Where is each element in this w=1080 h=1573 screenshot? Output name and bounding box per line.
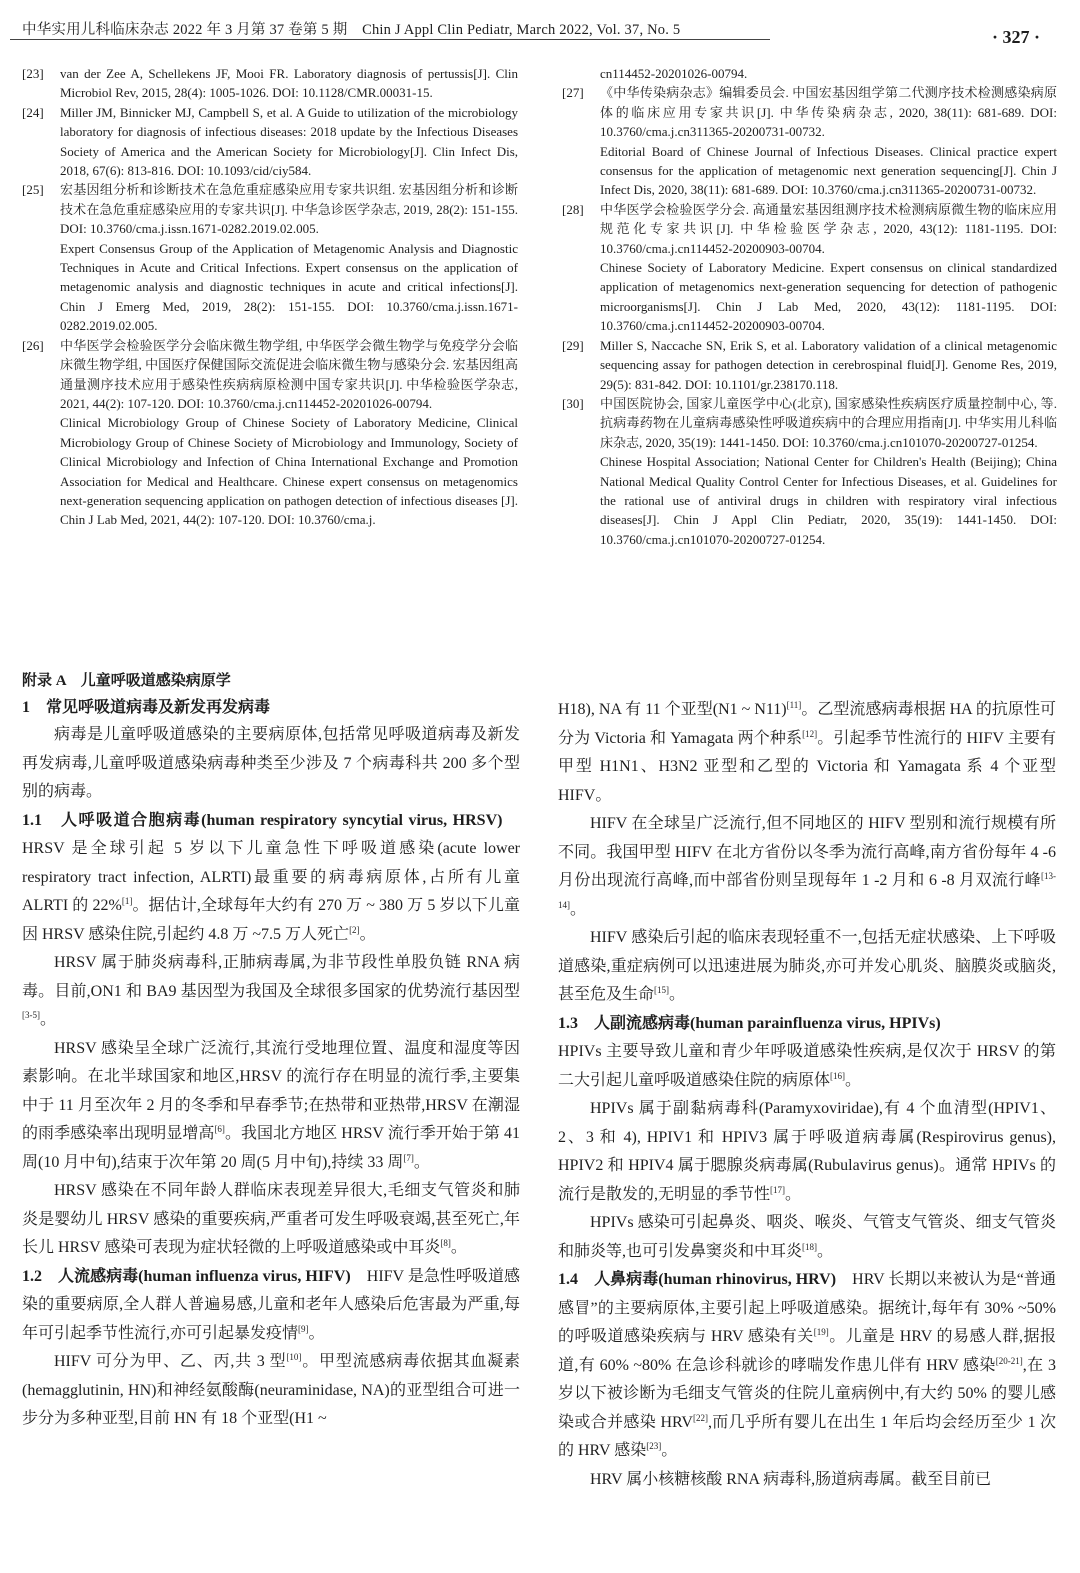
hpiv-classification-paragraph: HPIVs 属于副黏病毒科(Paramyxoviridae),有 4 个血清型(… xyxy=(558,1095,1056,1209)
reference-number: [29] xyxy=(562,336,600,394)
body-left-column: 附录 A 儿童呼吸道感染病原学 1 常见呼吸道病毒及新发再发病毒 病毒是儿童呼吸… xyxy=(22,668,520,1434)
reference-number: [26] xyxy=(22,336,60,530)
hpiv-clinical-paragraph: HPIVs 感染可引起鼻炎、咽炎、喉炎、气管支气管炎、细支气管炎和肺炎等,也可引… xyxy=(558,1209,1056,1266)
hrv-classification-paragraph: HRV 属小核糖核酸 RNA 病毒科,肠道病毒属。截至目前已 xyxy=(558,1466,1056,1495)
hrsv-clinical-paragraph: HRSV 感染在不同年龄人群临床表现差异很大,毛细支气管炎和肺炎是婴幼儿 HRS… xyxy=(22,1177,520,1263)
body-text: HRV 属小核糖核酸 RNA 病毒科,肠道病毒属。截至目前已 xyxy=(590,1471,991,1488)
hifv-subtypes-continuation: H18), NA 有 11 个亚型(N1 ~ N11)[11]。乙型流感病毒根据… xyxy=(558,696,1056,810)
citation: [23] xyxy=(646,1441,661,1451)
reference-text-chinese: 中华医学会检验医学分会. 高通量宏基因组测序技术检测病原微生物的临床应用规范化专… xyxy=(600,200,1057,258)
section-1-1-heading: 1.1 人呼吸道合胞病毒(human respiratory syncytial… xyxy=(22,812,502,829)
journal-running-title: 中华实用儿科临床杂志 2022 年 3 月第 37 卷第 5 期 Chin J … xyxy=(22,18,680,39)
body-right-column: H18), NA 有 11 个亚型(N1 ~ N11)[11]。乙型流感病毒根据… xyxy=(558,696,1056,1494)
reference-26-continuation: cn114452-20201026-00794. xyxy=(600,64,1057,83)
section-1-2-paragraph: 1.2 人流感病毒(human influenza virus, HIFV) H… xyxy=(22,1263,520,1349)
reference-text-english: Clinical Microbiology Group of Chinese S… xyxy=(60,413,518,529)
hrsv-epidemiology-paragraph: HRSV 感染呈全球广泛流行,其流行受地理位置、温度和湿度等因素影响。在北半球国… xyxy=(22,1035,520,1178)
body-text: HPIVs 属于副黏病毒科(Paramyxoviridae),有 4 个血清型(… xyxy=(558,1100,1056,1203)
body-text: 。 xyxy=(570,901,586,918)
page-number: · 327 · xyxy=(992,27,1040,48)
references-left-column: [23] van der Zee A, Schellekens JF, Mooi… xyxy=(22,64,518,530)
body-text: 。 xyxy=(414,1154,430,1171)
citation: [15] xyxy=(654,985,669,995)
body-text: 。 xyxy=(40,1011,56,1028)
body-text: HIFV 感染后引起的临床表现轻重不一,包括无症状感染、上下呼吸道感染,重症病例… xyxy=(558,929,1056,1003)
citation: [10] xyxy=(286,1352,301,1362)
citation: [8] xyxy=(440,1238,451,1248)
body-text: HIFV 可分为甲、乙、丙,共 3 型 xyxy=(54,1353,286,1370)
reference-text-english: Editorial Board of Chinese Journal of In… xyxy=(600,142,1057,200)
section-1-4-paragraph: 1.4 人鼻病毒(human rhinovirus, HRV) HRV 长期以来… xyxy=(558,1266,1056,1466)
reference-number: [24] xyxy=(22,103,60,181)
citation: [11] xyxy=(787,700,802,710)
header-divider xyxy=(10,39,770,40)
hifv-clinical-paragraph: HIFV 感染后引起的临床表现轻重不一,包括无症状感染、上下呼吸道感染,重症病例… xyxy=(558,924,1056,1010)
reference-text: Miller JM, Binnicker MJ, Campbell S, et … xyxy=(60,103,518,181)
reference-26: [26] 中华医学会检验医学分会临床微生物学组, 中华医学会微生物学与免疫学分会… xyxy=(22,336,518,530)
section-1-3-paragraph: 1.3 人副流感病毒(human parainfluenza virus, HP… xyxy=(558,1010,1056,1096)
body-text: HPIVs 感染可引起鼻炎、咽炎、喉炎、气管支气管炎、细支气管炎和肺炎等,也可引… xyxy=(558,1214,1056,1260)
reference-27: [27] 《中华传染病杂志》编辑委员会. 中国宏基因组学第二代测序技术检测感染病… xyxy=(562,83,1057,199)
citation: [3-5] xyxy=(22,1010,40,1020)
citation: [2] xyxy=(349,925,360,935)
reference-number: [25] xyxy=(22,180,60,335)
reference-24: [24] Miller JM, Binnicker MJ, Campbell S… xyxy=(22,103,518,181)
reference-text-english: Chinese Hospital Association; National C… xyxy=(600,452,1057,549)
citation: [16] xyxy=(830,1071,845,1081)
body-text: 。 xyxy=(845,1072,861,1089)
reference-text-english: Chinese Society of Laboratory Medicine. … xyxy=(600,258,1057,336)
reference-text-chinese: 中华医学会检验医学分会临床微生物学组, 中华医学会微生物学与免疫学分会临床微生物… xyxy=(60,336,518,414)
hifv-types-paragraph: HIFV 可分为甲、乙、丙,共 3 型[10]。甲型流感病毒依据其血凝素(hem… xyxy=(22,1348,520,1434)
reference-text-chinese: 中国医院协会, 国家儿童医学中心(北京), 国家感染性疾病医疗质量控制中心, 等… xyxy=(600,394,1057,452)
body-text: 。 xyxy=(451,1239,467,1256)
body-text: 。 xyxy=(817,1243,833,1260)
citation: [9] xyxy=(298,1324,309,1334)
reference-29: [29] Miller S, Naccache SN, Erik S, et a… xyxy=(562,336,1057,394)
body-text: HIFV 在全球呈广泛流行,但不同地区的 HIFV 型别和流行规模有所不同。我国… xyxy=(558,815,1056,889)
citation: [1] xyxy=(122,896,133,906)
reference-number: [27] xyxy=(562,83,600,199)
citation: [19] xyxy=(814,1327,829,1337)
body-text: 。 xyxy=(785,1186,801,1203)
section-1-3-heading: 1.3 人副流感病毒(human parainfluenza virus, HP… xyxy=(558,1015,941,1032)
citation: [6] xyxy=(214,1124,225,1134)
section-1-title: 1 常见呼吸道病毒及新发再发病毒 xyxy=(22,694,520,721)
references-right-column: cn114452-20201026-00794. [27] 《中华传染病杂志》编… xyxy=(562,64,1057,549)
reference-30: [30] 中国医院协会, 国家儿童医学中心(北京), 国家感染性疾病医疗质量控制… xyxy=(562,394,1057,549)
citation: [17] xyxy=(770,1185,785,1195)
intro-paragraph: 病毒是儿童呼吸道感染的主要病原体,包括常见呼吸道病毒及新发再发病毒,儿童呼吸道感… xyxy=(22,721,520,807)
reference-23: [23] van der Zee A, Schellekens JF, Mooi… xyxy=(22,64,518,103)
reference-text-chinese: 宏基因组分析和诊断技术在急危重症感染应用专家共识组. 宏基因组分析和诊断技术在急… xyxy=(60,180,518,238)
section-1-4-heading: 1.4 人鼻病毒(human rhinovirus, HRV) xyxy=(558,1271,836,1288)
hrsv-classification-paragraph: HRSV 属于肺炎病毒科,正肺病毒属,为非节段性单股负链 RNA 病毒。目前,O… xyxy=(22,949,520,1035)
running-header: 中华实用儿科临床杂志 2022 年 3 月第 37 卷第 5 期 Chin J … xyxy=(0,0,1080,50)
reference-text-english: Expert Consensus Group of the Applicatio… xyxy=(60,239,518,336)
citation: [22] xyxy=(693,1413,708,1423)
reference-25: [25] 宏基因组分析和诊断技术在急危重症感染应用专家共识组. 宏基因组分析和诊… xyxy=(22,180,518,335)
body-text: HPIVs 主要导致儿童和青少年呼吸道感染性疾病,是仅次于 HRSV 的第二大引… xyxy=(558,1043,1056,1089)
body-text: 。 xyxy=(669,986,685,1003)
body-text: HRSV 属于肺炎病毒科,正肺病毒属,为非节段性单股负链 RNA 病毒。目前,O… xyxy=(22,954,520,1000)
section-1-1-paragraph: 1.1 人呼吸道合胞病毒(human respiratory syncytial… xyxy=(22,807,520,950)
reference-text-chinese: 《中华传染病杂志》编辑委员会. 中国宏基因组学第二代测序技术检测感染病原体的临床… xyxy=(600,83,1057,141)
citation: [18] xyxy=(802,1242,817,1252)
reference-number: [28] xyxy=(562,200,600,336)
reference-number: [30] xyxy=(562,394,600,549)
appendix-title: 附录 A 儿童呼吸道感染病原学 xyxy=(22,668,520,694)
reference-number: [23] xyxy=(22,64,60,103)
body-text: 。 xyxy=(661,1442,677,1459)
reference-28: [28] 中华医学会检验医学分会. 高通量宏基因组测序技术检测病原微生物的临床应… xyxy=(562,200,1057,336)
hifv-epidemiology-paragraph: HIFV 在全球呈广泛流行,但不同地区的 HIFV 型别和流行规模有所不同。我国… xyxy=(558,810,1056,924)
citation: [12] xyxy=(802,729,817,739)
citation: [7] xyxy=(403,1153,414,1163)
reference-text: Miller S, Naccache SN, Erik S, et al. La… xyxy=(600,336,1057,394)
citation: [20-21] xyxy=(996,1356,1023,1366)
section-1-2-heading: 1.2 人流感病毒(human influenza virus, HIFV) xyxy=(22,1268,351,1285)
body-text: H18), NA 有 11 个亚型(N1 ~ N11) xyxy=(558,701,787,718)
body-text: 。 xyxy=(360,926,376,943)
body-text: 。 xyxy=(309,1325,325,1342)
reference-text: van der Zee A, Schellekens JF, Mooi FR. … xyxy=(60,64,518,103)
